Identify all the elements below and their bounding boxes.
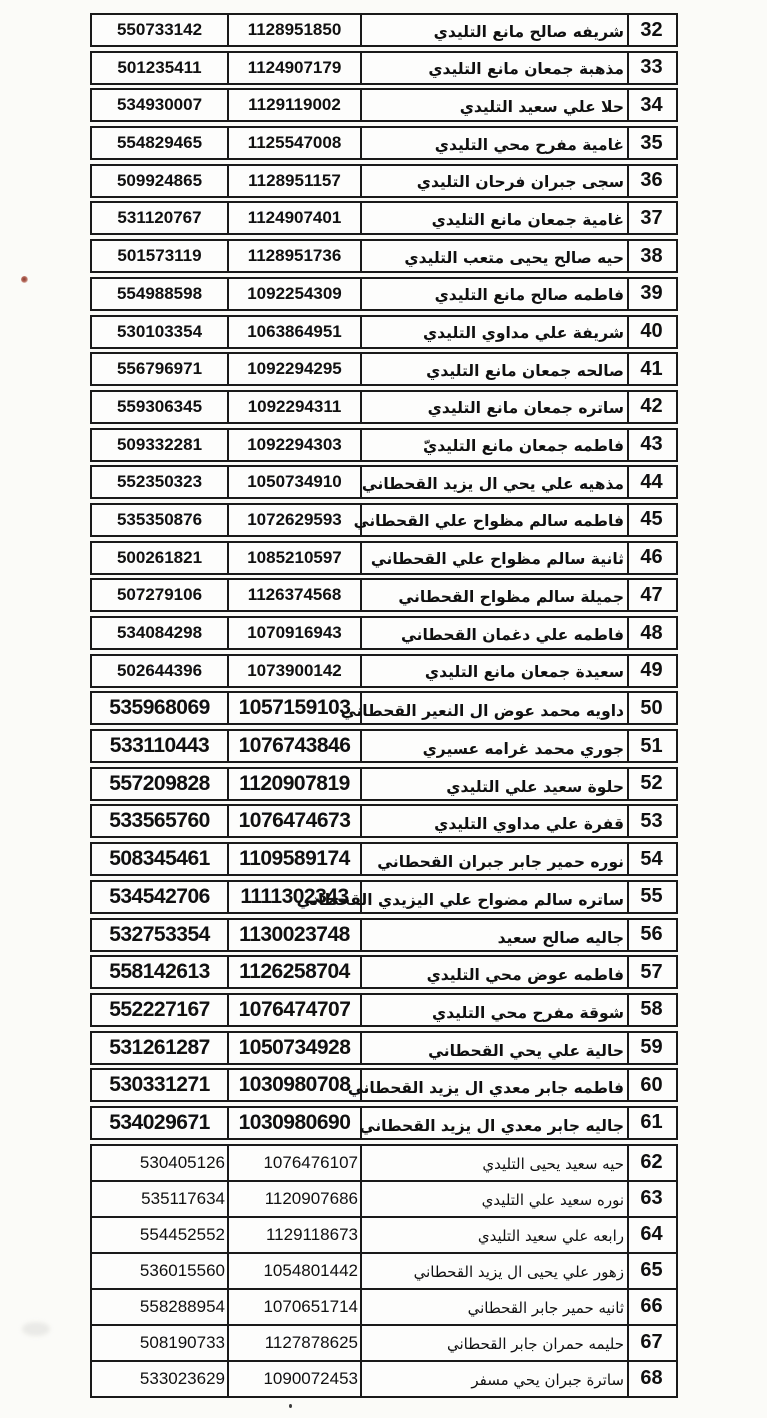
table-row: 534029671 1030980690 جاليه جابر معدي ال …	[90, 1106, 678, 1140]
phone-number-cell: 532753354	[92, 920, 227, 950]
table-row: 530405126 1076476107 حيه سعيد يحيى التلي…	[90, 1144, 678, 1182]
row-number-cell: 40	[627, 317, 674, 347]
table-row: 508345461 1109589174 نوره حمير جابر جبرا…	[90, 842, 678, 876]
table-row: 531261287 1050734928 حالية علي يحي القحط…	[90, 1031, 678, 1065]
table-row: 535117634 1120907686 نوره سعيد علي التلي…	[90, 1180, 678, 1218]
name-cell: مذهيه علي يحي ال يزيد القحطاني	[360, 467, 627, 497]
phone-number-cell: 550733142	[92, 15, 227, 45]
phone-number-cell: 530103354	[92, 317, 227, 347]
row-number-cell: 61	[627, 1108, 674, 1138]
name-cell: شريفة علي مداوي التليدي	[360, 317, 627, 347]
phone-number-cell: 534930007	[92, 90, 227, 120]
table-row: 559306345 1092294311 ساتره جمعان مانع ال…	[90, 390, 678, 424]
phone-number-cell: 556796971	[92, 354, 227, 384]
row-number-cell: 60	[627, 1070, 674, 1100]
row-number-cell: 56	[627, 920, 674, 950]
row-number-cell: 52	[627, 769, 674, 799]
phone-number-cell: 534542706	[92, 882, 227, 912]
stray-dot	[289, 1404, 292, 1408]
id-number-cell: 1076743846	[227, 731, 360, 761]
phone-number-cell: 552227167	[92, 995, 227, 1025]
id-number-cell: 1090072453	[227, 1362, 360, 1396]
name-cell: مذهبة جمعان مانع التليدي	[360, 53, 627, 83]
phone-number-cell: 557209828	[92, 769, 227, 799]
table-row: 509924865 1128951157 سجى جبران فرحان الت…	[90, 164, 678, 198]
name-cell: حليمه حمران جابر القحطاني	[360, 1326, 627, 1360]
table-row: 530331271 1030980708 فاطمه جابر معدي ال …	[90, 1068, 678, 1102]
id-number-cell: 1050734928	[227, 1033, 360, 1063]
row-number-cell: 65	[627, 1254, 674, 1288]
name-cell: ساترة جبران يحي مسفر	[360, 1362, 627, 1396]
phone-number-cell: 554829465	[92, 128, 227, 158]
name-cell: حيه صالح يحيى متعب التليدي	[360, 241, 627, 271]
phone-number-cell: 530405126	[92, 1146, 227, 1180]
phone-number-cell: 535117634	[92, 1182, 227, 1216]
table-row: 508190733 1127878625 حليمه حمران جابر ال…	[90, 1324, 678, 1362]
id-number-cell: 1054801442	[227, 1254, 360, 1288]
table-row: 558142613 1126258704 فاطمه عوض محي التلي…	[90, 955, 678, 989]
id-number-cell: 1124907179	[227, 53, 360, 83]
table-row: 501235411 1124907179 مذهبة جمعان مانع ال…	[90, 51, 678, 85]
id-number-cell: 1128951157	[227, 166, 360, 196]
id-number-cell: 1126374568	[227, 580, 360, 610]
name-cell: ثانيه حمير جابر القحطاني	[360, 1290, 627, 1324]
name-cell: فاطمه صالح مانع التليدي	[360, 279, 627, 309]
row-number-cell: 49	[627, 656, 674, 686]
roster-table: 550733142 1128951850 شريفه صالح مانع الت…	[90, 13, 678, 1398]
row-number-cell: 41	[627, 354, 674, 384]
row-number-cell: 32	[627, 15, 674, 45]
phone-number-cell: 534029671	[92, 1108, 227, 1138]
phone-number-cell: 552350323	[92, 467, 227, 497]
id-number-cell: 1092254309	[227, 279, 360, 309]
row-number-cell: 43	[627, 430, 674, 460]
name-cell: رابعه علي سعيد التليدي	[360, 1218, 627, 1252]
phone-number-cell: 509924865	[92, 166, 227, 196]
row-number-cell: 59	[627, 1033, 674, 1063]
name-cell: صالحه جمعان مانع التليدي	[360, 354, 627, 384]
table-row: 552227167 1076474707 شوقة مفرح محي التلي…	[90, 993, 678, 1027]
table-row: 530103354 1063864951 شريفة علي مداوي الت…	[90, 315, 678, 349]
row-number-cell: 62	[627, 1146, 674, 1180]
phone-number-cell: 507279106	[92, 580, 227, 610]
row-number-cell: 47	[627, 580, 674, 610]
table-row: 554829465 1125547008 غامية مفرح محي التل…	[90, 126, 678, 160]
id-number-cell: 1127878625	[227, 1326, 360, 1360]
table-row: 507279106 1126374568 جميلة سالم مظواح ال…	[90, 578, 678, 612]
name-cell: شوقة مفرح محي التليدي	[360, 995, 627, 1025]
row-number-cell: 51	[627, 731, 674, 761]
name-cell: فاطمه جابر معدي ال يزيد القحطاني	[360, 1070, 627, 1100]
id-number-cell: 1129119002	[227, 90, 360, 120]
table-row: 534930007 1129119002 حلا علي سعيد التليد…	[90, 88, 678, 122]
table-row: 552350323 1050734910 مذهيه علي يحي ال يز…	[90, 465, 678, 499]
phone-number-cell: 500261821	[92, 543, 227, 573]
row-number-cell: 36	[627, 166, 674, 196]
table-row: 535350876 1072629593 فاطمه سالم مظواح عل…	[90, 503, 678, 537]
row-number-cell: 55	[627, 882, 674, 912]
id-number-cell: 1128951850	[227, 15, 360, 45]
id-number-cell: 1076474673	[227, 806, 360, 836]
row-number-cell: 38	[627, 241, 674, 271]
name-cell: جوري محمد غرامه عسيري	[360, 731, 627, 761]
phone-number-cell: 501235411	[92, 53, 227, 83]
row-number-cell: 37	[627, 203, 674, 233]
row-number-cell: 53	[627, 806, 674, 836]
row-number-cell: 54	[627, 844, 674, 874]
table-row: 501573119 1128951736 حيه صالح يحيى متعب …	[90, 239, 678, 273]
phone-number-cell: 502644396	[92, 656, 227, 686]
table-row: 557209828 1120907819 حلوة سعيد علي التلي…	[90, 767, 678, 801]
row-number-cell: 35	[627, 128, 674, 158]
id-number-cell: 1072629593	[227, 505, 360, 535]
table-row: 532753354 1130023748 جاليه صالح سعيد 56	[90, 918, 678, 952]
table-row: 534084298 1070916943 فاطمه علي دغمان الق…	[90, 616, 678, 650]
name-cell: جاليه صالح سعيد	[360, 920, 627, 950]
id-number-cell: 1076474707	[227, 995, 360, 1025]
name-cell: فاطمه سالم مظواح علي القحطاني	[360, 505, 627, 535]
phone-number-cell: 531120767	[92, 203, 227, 233]
phone-number-cell: 530331271	[92, 1070, 227, 1100]
row-number-cell: 33	[627, 53, 674, 83]
table-row: 533110443 1076743846 جوري محمد غرامه عسي…	[90, 729, 678, 763]
id-number-cell: 1092294303	[227, 430, 360, 460]
name-cell: شريفه صالح مانع التليدي	[360, 15, 627, 45]
table-row: 558288954 1070651714 ثانيه حمير جابر الق…	[90, 1288, 678, 1326]
name-cell: فاطمه علي دغمان القحطاني	[360, 618, 627, 648]
name-cell: غامية مفرح محي التليدي	[360, 128, 627, 158]
row-number-cell: 50	[627, 693, 674, 723]
phone-number-cell: 533110443	[92, 731, 227, 761]
phone-number-cell: 531261287	[92, 1033, 227, 1063]
phone-number-cell: 554452552	[92, 1218, 227, 1252]
phone-number-cell: 535968069	[92, 693, 227, 723]
id-number-cell: 1073900142	[227, 656, 360, 686]
phone-number-cell: 533565760	[92, 806, 227, 836]
table-row: 509332281 1092294303 فاطمه جمعان مانع ال…	[90, 428, 678, 462]
table-row: 534542706 1111302343 ساتره سالم مضواح عل…	[90, 880, 678, 914]
table-row: 554452552 1129118673 رابعه علي سعيد التل…	[90, 1216, 678, 1254]
row-number-cell: 67	[627, 1326, 674, 1360]
id-number-cell: 1129118673	[227, 1218, 360, 1252]
table-row: 556796971 1092294295 صالحه جمعان مانع ال…	[90, 352, 678, 386]
scan-smudge	[22, 1322, 50, 1336]
table-row: 502644396 1073900142 سعيدة جمعان مانع ال…	[90, 654, 678, 688]
phone-number-cell: 558142613	[92, 957, 227, 987]
name-cell: حلوة سعيد علي التليدي	[360, 769, 627, 799]
name-cell: غامية جمعان مانع التليدي	[360, 203, 627, 233]
name-cell: داويه محمد عوض ال النعير القحطاني	[360, 693, 627, 723]
id-number-cell: 1130023748	[227, 920, 360, 950]
row-number-cell: 44	[627, 467, 674, 497]
id-number-cell: 1120907686	[227, 1182, 360, 1216]
id-number-cell: 1126258704	[227, 957, 360, 987]
id-number-cell: 1030980690	[227, 1108, 360, 1138]
table-row: 531120767 1124907401 غامية جمعان مانع ال…	[90, 201, 678, 235]
name-cell: حالية علي يحي القحطاني	[360, 1033, 627, 1063]
table-row: 500261821 1085210597 ثانية سالم مظواح عل…	[90, 541, 678, 575]
row-number-cell: 63	[627, 1182, 674, 1216]
name-cell: ثانية سالم مظواح علي القحطاني	[360, 543, 627, 573]
id-number-cell: 1120907819	[227, 769, 360, 799]
name-cell: حلا علي سعيد التليدي	[360, 90, 627, 120]
table-row: 533023629 1090072453 ساترة جبران يحي مسف…	[90, 1360, 678, 1398]
id-number-cell: 1085210597	[227, 543, 360, 573]
name-cell: جميلة سالم مظواح القحطاني	[360, 580, 627, 610]
phone-number-cell: 558288954	[92, 1290, 227, 1324]
name-cell: فاطمه عوض محي التليدي	[360, 957, 627, 987]
row-number-cell: 48	[627, 618, 674, 648]
id-number-cell: 1030980708	[227, 1070, 360, 1100]
row-number-cell: 64	[627, 1218, 674, 1252]
phone-number-cell: 554988598	[92, 279, 227, 309]
id-number-cell: 1063864951	[227, 317, 360, 347]
id-number-cell: 1050734910	[227, 467, 360, 497]
name-cell: نوره حمير جابر جبران القحطاني	[360, 844, 627, 874]
phone-number-cell: 508190733	[92, 1326, 227, 1360]
phone-number-cell: 534084298	[92, 618, 227, 648]
phone-number-cell: 535350876	[92, 505, 227, 535]
row-number-cell: 46	[627, 543, 674, 573]
row-number-cell: 68	[627, 1362, 674, 1396]
row-number-cell: 57	[627, 957, 674, 987]
name-cell: جاليه جابر معدي ال يزيد القحطاني	[360, 1108, 627, 1138]
name-cell: نوره سعيد علي التليدي	[360, 1182, 627, 1216]
phone-number-cell: 501573119	[92, 241, 227, 271]
row-number-cell: 39	[627, 279, 674, 309]
row-number-cell: 66	[627, 1290, 674, 1324]
table-row: 554988598 1092254309 فاطمه صالح مانع الت…	[90, 277, 678, 311]
row-number-cell: 58	[627, 995, 674, 1025]
row-number-cell: 34	[627, 90, 674, 120]
id-number-cell: 1124907401	[227, 203, 360, 233]
id-number-cell: 1125547008	[227, 128, 360, 158]
row-number-cell: 42	[627, 392, 674, 422]
name-cell: حيه سعيد يحيى التليدي	[360, 1146, 627, 1180]
phone-number-cell: 533023629	[92, 1362, 227, 1396]
phone-number-cell: 559306345	[92, 392, 227, 422]
name-cell: زهور علي يحيى ال يزيد القحطاني	[360, 1254, 627, 1288]
name-cell: سجى جبران فرحان التليدي	[360, 166, 627, 196]
name-cell: قفرة علي مداوي التليدي	[360, 806, 627, 836]
phone-number-cell: 536015560	[92, 1254, 227, 1288]
id-number-cell: 1076476107	[227, 1146, 360, 1180]
scanned-page: 550733142 1128951850 شريفه صالح مانع الت…	[0, 0, 767, 1418]
name-cell: ساتره جمعان مانع التليدي	[360, 392, 627, 422]
table-row: 550733142 1128951850 شريفه صالح مانع الت…	[90, 13, 678, 47]
name-cell: ساتره سالم مضواح علي اليزيدي القحطاني	[360, 882, 627, 912]
phone-number-cell: 509332281	[92, 430, 227, 460]
id-number-cell: 1109589174	[227, 844, 360, 874]
id-number-cell: 1092294295	[227, 354, 360, 384]
id-number-cell: 1070651714	[227, 1290, 360, 1324]
row-number-cell: 45	[627, 505, 674, 535]
table-row: 533565760 1076474673 قفرة علي مداوي التل…	[90, 804, 678, 838]
red-ink-speck	[21, 276, 28, 283]
name-cell: سعيدة جمعان مانع التليدي	[360, 656, 627, 686]
id-number-cell: 1070916943	[227, 618, 360, 648]
name-cell: فاطمه جمعان مانع التليديّ	[360, 430, 627, 460]
id-number-cell: 1092294311	[227, 392, 360, 422]
id-number-cell: 1128951736	[227, 241, 360, 271]
phone-number-cell: 508345461	[92, 844, 227, 874]
table-row: 535968069 1057159103 داويه محمد عوض ال ا…	[90, 691, 678, 725]
table-row: 536015560 1054801442 زهور علي يحيى ال يز…	[90, 1252, 678, 1290]
